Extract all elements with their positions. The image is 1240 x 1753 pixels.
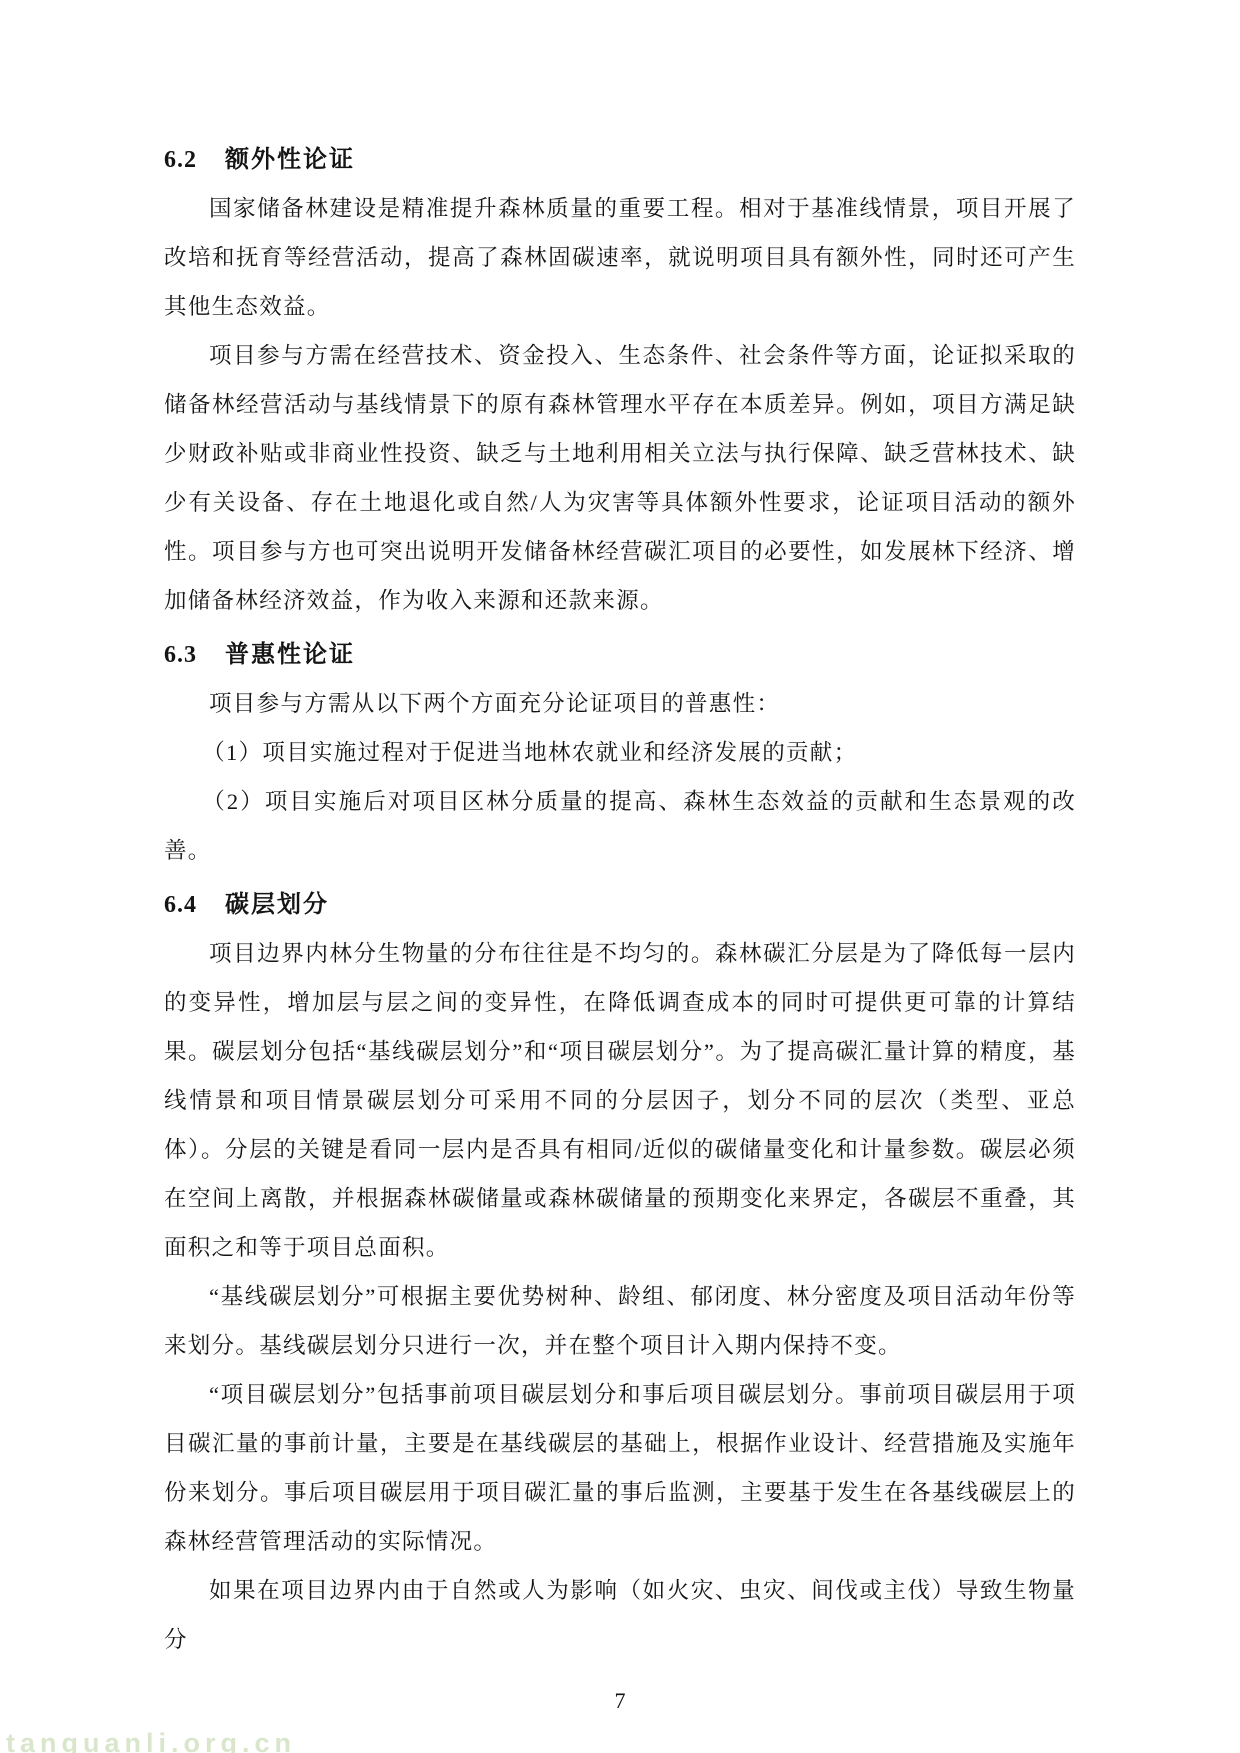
section-heading-6-4: 6.4 碳层划分 <box>164 875 1076 929</box>
watermark: tanguanli.org.cn <box>6 1728 296 1753</box>
section-number: 6.3 <box>164 642 197 668</box>
page-content: 6.2 额外性论证 国家储备林建设是精准提升森林质量的重要工程。相对于基准线情景… <box>164 130 1076 1716</box>
paragraph: 国家储备林建设是精准提升森林质量的重要工程。相对于基准线情景，项目开展了改培和抚… <box>164 184 1076 331</box>
paragraph: 如果在项目边界内由于自然或人为影响（如火灾、虫灾、间伐或主伐）导致生物量分 <box>164 1566 1076 1664</box>
section-heading-6-3: 6.3 普惠性论证 <box>164 625 1076 679</box>
list-item: （2）项目实施后对项目区林分质量的提高、森林生态效益的贡献和生态景观的改善。 <box>164 777 1076 875</box>
paragraph: “项目碳层划分”包括事前项目碳层划分和事后项目碳层划分。事前项目碳层用于项目碳汇… <box>164 1370 1076 1566</box>
page-number: 7 <box>164 1686 1076 1716</box>
section-number: 6.4 <box>164 892 197 918</box>
section-title: 普惠性论证 <box>225 641 355 668</box>
document-page: 6.2 额外性论证 国家储备林建设是精准提升森林质量的重要工程。相对于基准线情景… <box>0 0 1240 1753</box>
section-title: 额外性论证 <box>225 146 355 173</box>
paragraph: 项目参与方需从以下两个方面充分论证项目的普惠性： <box>164 679 1076 728</box>
list-item: （1）项目实施过程对于促进当地林农就业和经济发展的贡献； <box>164 728 1076 777</box>
section-number: 6.2 <box>164 147 197 173</box>
section-title: 碳层划分 <box>225 891 329 918</box>
paragraph: “基线碳层划分”可根据主要优势树种、龄组、郁闭度、林分密度及项目活动年份等来划分… <box>164 1272 1076 1370</box>
paragraph: 项目边界内林分生物量的分布往往是不均匀的。森林碳汇分层是为了降低每一层内的变异性… <box>164 929 1076 1272</box>
paragraph: 项目参与方需在经营技术、资金投入、生态条件、社会条件等方面，论证拟采取的储备林经… <box>164 331 1076 625</box>
section-heading-6-2: 6.2 额外性论证 <box>164 130 1076 184</box>
